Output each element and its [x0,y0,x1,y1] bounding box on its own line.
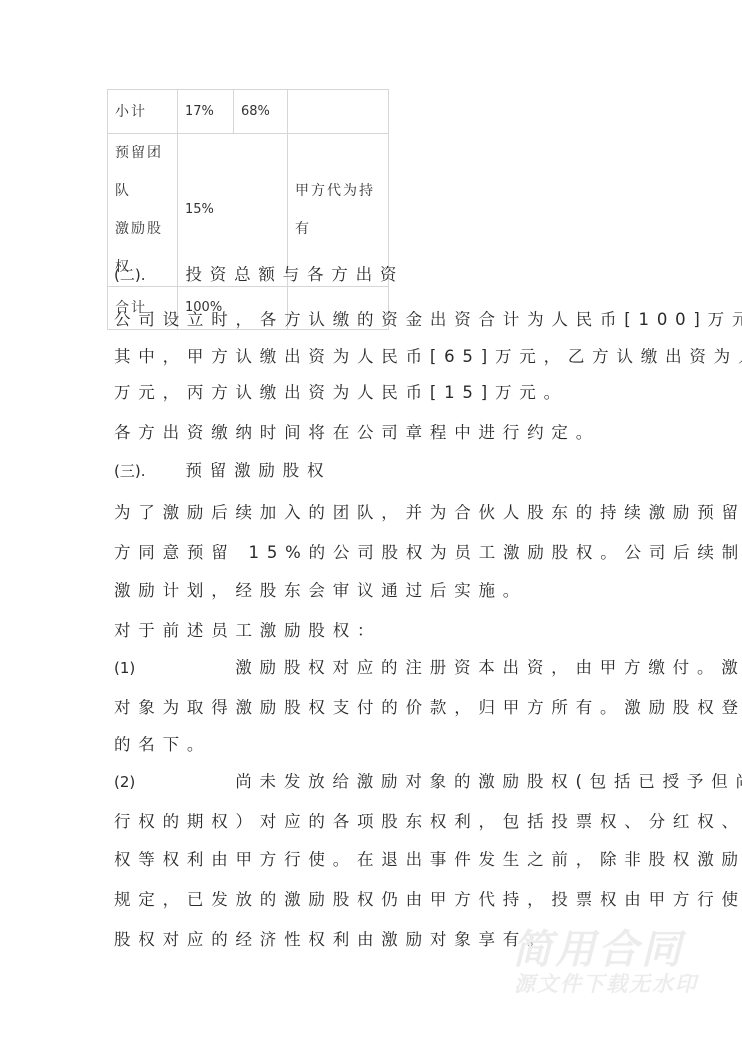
table-cell-value: 15% [178,134,288,287]
paragraph-line: 对于前述员工激励股权： [114,621,381,641]
paragraph-line: 万元，丙方认缴出资为人民币[15]万元。 [114,383,568,403]
table-cell-value: 17% [178,90,234,134]
table-cell-note [288,90,389,134]
label-line: 预留团队 [115,134,177,210]
watermark-caption: 源文件下载无水印 [514,968,698,998]
paragraph-line: 对象为取得激励股权支付的价款，归甲方所有。激励股权登记在甲方 [114,698,742,718]
table-cell-value: 68% [234,90,288,134]
table-row: 预留团队 激励股权 15% 甲方代为持有 [108,134,389,287]
watermark-logo: 简用合同 [512,918,684,975]
section-title: 投资总额与各方出资 [185,265,404,284]
table-cell-label: 小计 [108,90,178,134]
item-number: (2) [114,773,135,791]
paragraph-line: 公司设立时，各方认缴的资金出资合计为人民币[100]万元。 [114,310,742,330]
paragraph-line: 其中，甲方认缴出资为人民币[65]万元，乙方认缴出资为人民币[20] [114,347,742,367]
paragraph-line: 规定，已发放的激励股权仍由甲方代持，投票权由甲方行使，但激励 [114,890,742,910]
list-item: (2)尚未发放给激励对象的激励股权(包括已授予但尚未 [114,772,742,792]
paragraph-line: 权等权利由甲方行使。在退出事件发生之前，除非股权激励文件另有 [114,850,742,870]
item-text: 尚未发放给激励对象的激励股权(包括已授予但尚未 [235,772,742,791]
list-item: (1)激励股权对应的注册资本出资，由甲方缴付。激励 [114,658,742,678]
paragraph-line: 方同意预留 15%的公司股权为员工激励股权。公司后续制定员工股权 [114,543,742,563]
table-row: 小计 17% 68% [108,90,389,134]
document-page: 小计 17% 68% 预留团队 激励股权 15% 甲方代为持有 合计 100% … [0,0,742,1049]
section-number: (三). [114,462,145,480]
equity-table: 小计 17% 68% 预留团队 激励股权 15% 甲方代为持有 合计 100% [107,89,389,330]
paragraph-line: 各方出资缴纳时间将在公司章程中进行约定。 [114,423,600,443]
paragraph-line: 行权的期权）对应的各项股东权利，包括投票权、分红权、清算分配 [114,812,742,832]
section-title: 预留激励股权 [185,461,331,480]
section-heading: (三).预留激励股权 [114,461,331,481]
paragraph-line: 激励计划，经股东会审议通过后实施。 [114,581,527,601]
item-number: (1) [114,659,135,677]
paragraph-line: 的名下。 [114,735,211,755]
item-text: 激励股权对应的注册资本出资，由甲方缴付。激励 [235,658,742,677]
table-cell-note: 甲方代为持有 [288,134,389,287]
paragraph-line: 为了激励后续加入的团队，并为合伙人股东的持续激励预留空间，各 [114,503,742,523]
paragraph-line: 股权对应的经济性权利由激励对象享有。 [114,930,551,950]
section-number: (二). [114,266,145,284]
table-cell-label: 预留团队 激励股权 [108,134,178,287]
section-heading: (二).投资总额与各方出资 [114,265,404,285]
